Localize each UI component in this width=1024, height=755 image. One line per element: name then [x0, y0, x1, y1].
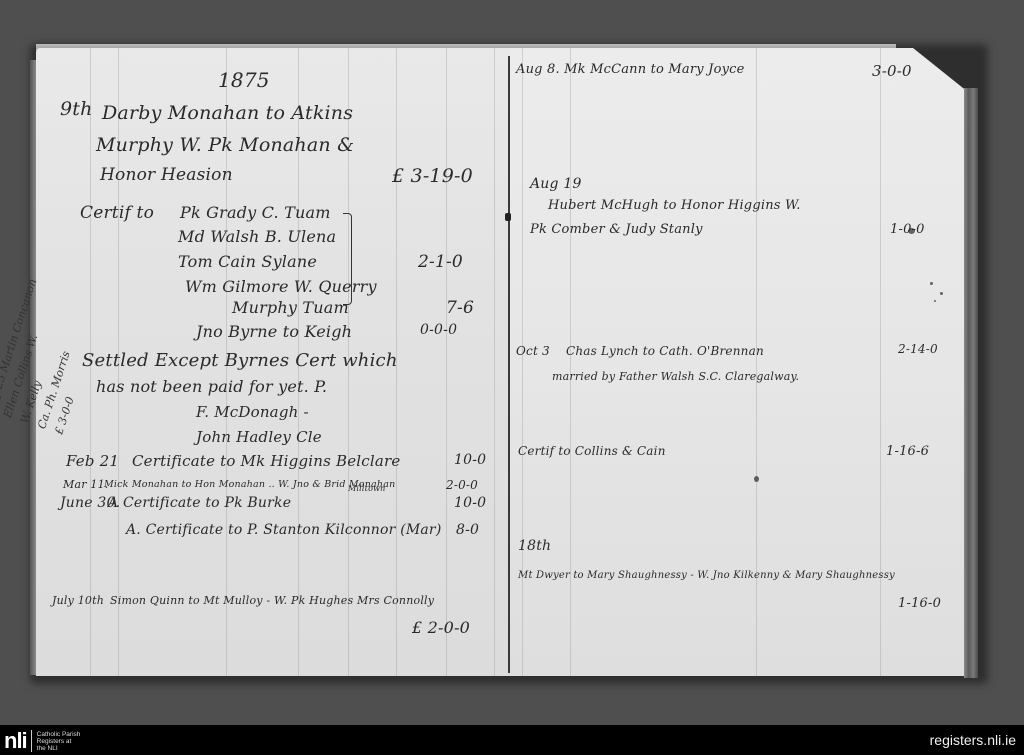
nli-logo-mark: nli [4, 730, 27, 752]
site-link[interactable]: registers.nli.ie [930, 732, 1016, 748]
entry-line: Darby Monahan to Atkins [102, 102, 353, 124]
entry-line: married by Father Walsh S.C. Claregalway… [552, 370, 799, 383]
entry-date: July 10th [52, 594, 104, 607]
spine-mark [505, 213, 511, 221]
entry-line: A. Certificate to P. Stanton Kilconnor (… [126, 522, 442, 538]
ink-blot [940, 292, 943, 295]
entry-line: Chas Lynch to Cath. O'Brennan [566, 344, 764, 358]
entry-line: Simon Quinn to Mt Mulloy - W. Pk Hughes … [110, 594, 434, 607]
entry-line: Murphy W. Pk Monahan & [96, 134, 354, 156]
ink-blot [930, 282, 933, 285]
entry-amount: 2-0-0 [446, 478, 478, 492]
entry-amount: 7-6 [446, 298, 474, 318]
entry-line: Hubert McHugh to Honor Higgins W. [548, 198, 801, 213]
entry-line: Pk Comber & Judy Stanly [530, 222, 703, 237]
entry-amount: 3-0-0 [872, 62, 912, 80]
ink-blot [934, 300, 936, 302]
entry-date: Feb 21 [66, 452, 119, 470]
year-heading: 1875 [218, 68, 270, 92]
entry-line: Aug 8. Mk McCann to Mary Joyce [516, 62, 745, 77]
entry-line: Murphy Tuam [232, 298, 349, 317]
book-spine [508, 56, 510, 673]
ink-blot [908, 228, 915, 234]
entry-amount: 8-0 [456, 522, 479, 538]
entry-amount: 2-14-0 [898, 342, 938, 356]
entry-line: Certif to Collins & Cain [518, 444, 666, 458]
entry-amount: £ 2-0-0 [412, 618, 470, 637]
entry-date: Oct 3 [516, 344, 550, 358]
entry-amount: 1-16-6 [886, 444, 929, 459]
register-image-viewer[interactable]: 1875 9th Darby Monahan to Atkins Murphy … [0, 0, 1024, 725]
entry-amount: 10-0 [454, 452, 486, 468]
entry-date: 9th [60, 98, 93, 120]
entry-date: 18th [518, 538, 551, 554]
entry-line: A Certificate to Pk Burke [108, 495, 291, 511]
signature: John Hadley Cle [196, 428, 322, 446]
entry-line: has not been paid for yet. P. [96, 377, 327, 396]
entry-line: Md Walsh B. Ulena [178, 227, 336, 246]
signature: F. McDonagh - [196, 403, 309, 421]
entry-line: Certificate to Mk Higgins Belclare [132, 452, 400, 470]
entry-note: Milltown [348, 484, 386, 493]
grouping-bracket [343, 213, 352, 305]
entry-amount: 1-16-0 [898, 596, 941, 611]
entry-line: Jno Byrne to Keigh [196, 322, 352, 341]
page-right-edge [964, 88, 978, 678]
entry-line: Pk Grady C. Tuam [180, 203, 331, 222]
entry-date: Aug 19 [530, 176, 582, 192]
entry-amount: 0-0-0 [420, 322, 457, 338]
entry-amount: £ 3-19-0 [392, 165, 473, 187]
entry-date: Mar 11. [63, 478, 108, 491]
entry-amount: 10-0 [454, 495, 486, 511]
entry-line: Mt Dwyer to Mary Shaughnessy - W. Jno Ki… [518, 570, 895, 581]
logo-divider [31, 730, 32, 752]
entry-amount: 2-1-0 [418, 252, 463, 272]
nli-logo[interactable]: nli Catholic Parish Registers at the NLI [4, 730, 80, 752]
entry-line: Settled Except Byrnes Cert which [82, 350, 398, 371]
right-page [510, 48, 968, 676]
footer-bar: nli Catholic Parish Registers at the NLI… [0, 725, 1024, 755]
entry-line: Tom Cain Sylane [178, 252, 317, 271]
ink-blot [754, 476, 759, 482]
nli-logo-text: Catholic Parish Registers at the NLI [37, 731, 81, 752]
entry-line: Honor Heasion [100, 165, 233, 185]
